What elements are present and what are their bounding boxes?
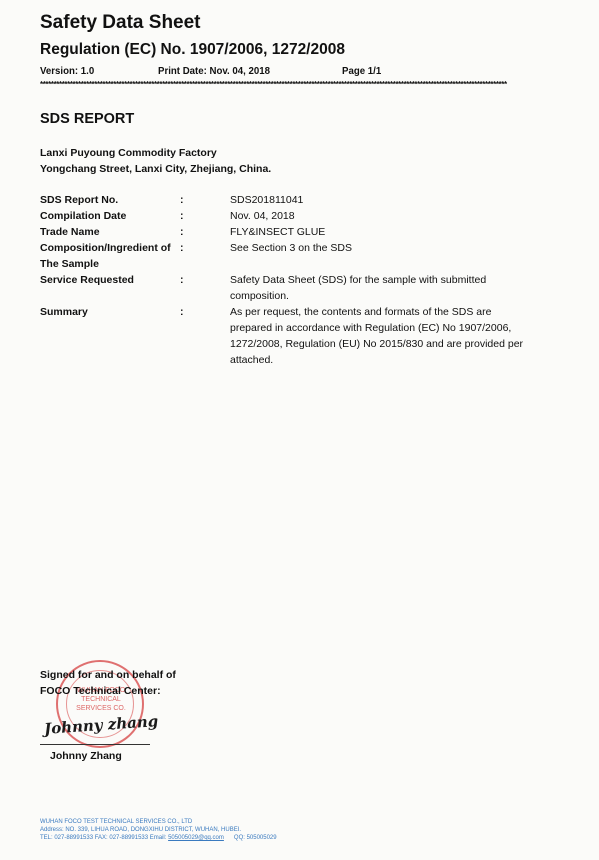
signature-rule [40,744,150,745]
field-label: Trade Name [40,224,180,240]
field-value: Nov. 04, 2018 [230,208,530,224]
field-label: Composition/Ingredient of The Sample [40,240,180,272]
footer-contact: TEL: 027-88991533 FAX: 027-88991533 Emai… [40,834,277,842]
report-heading: SDS REPORT [40,111,134,127]
field-row-trade-name: Trade Name : FLY&INSECT GLUE [40,224,560,240]
field-colon: : [180,208,230,224]
report-fields: SDS Report No. : SDS201811041 Compilatio… [40,192,560,368]
page-number: Page 1/1 [342,65,381,77]
field-label: Compilation Date [40,208,180,224]
footer: WUHAN FOCO TEST TECHNICAL SERVICES CO., … [40,818,277,842]
field-colon: : [180,304,230,368]
field-row-service-requested: Service Requested : Safety Data Sheet (S… [40,272,560,304]
footer-company: WUHAN FOCO TEST TECHNICAL SERVICES CO., … [40,818,277,826]
print-date: Print Date: Nov. 04, 2018 [158,65,270,77]
field-colon: : [180,224,230,240]
footer-address: Address: NO. 339, LIHUA ROAD, DONGXIHU D… [40,826,277,834]
field-row-summary: Summary : As per request, the contents a… [40,304,560,368]
field-row-compilation-date: Compilation Date : Nov. 04, 2018 [40,208,560,224]
sds-document: Safety Data Sheet Regulation (EC) No. 19… [0,0,599,860]
field-colon: : [180,192,230,208]
field-value: See Section 3 on the SDS [230,240,530,272]
company-name: Lanxi Puyoung Commodity Factory [40,145,271,161]
field-value: FLY&INSECT GLUE [230,224,530,240]
field-value: SDS201811041 [230,192,530,208]
signature-line-1: Signed for and on behalf of [40,667,176,683]
version-label: Version: 1.0 [40,65,94,77]
field-value: As per request, the contents and formats… [230,304,530,368]
field-value: Safety Data Sheet (SDS) for the sample w… [230,272,530,304]
signer-name: Johnny Zhang [50,750,122,762]
regulation-subtitle: Regulation (EC) No. 1907/2006, 1272/2008 [40,41,345,59]
signature-caption: Signed for and on behalf of FOCO Technic… [40,667,176,699]
field-row-report-no: SDS Report No. : SDS201811041 [40,192,560,208]
document-title: Safety Data Sheet [40,12,201,34]
field-colon: : [180,272,230,304]
field-colon: : [180,240,230,272]
company-block: Lanxi Puyoung Commodity Factory Yongchan… [40,145,271,177]
asterisk-divider: ****************************************… [40,80,555,90]
signature-line-2: FOCO Technical Center: [40,683,176,699]
footer-phone-fax: TEL: 027-88991533 FAX: 027-88991533 Emai… [40,835,168,841]
company-address: Yongchang Street, Lanxi City, Zhejiang, … [40,161,271,177]
footer-email-link[interactable]: 505005029@qq.com [168,835,224,841]
field-label: Summary [40,304,180,368]
field-label: SDS Report No. [40,192,180,208]
field-label: Service Requested [40,272,180,304]
field-row-composition: Composition/Ingredient of The Sample : S… [40,240,560,272]
footer-qq: QQ: 505005029 [234,835,277,841]
